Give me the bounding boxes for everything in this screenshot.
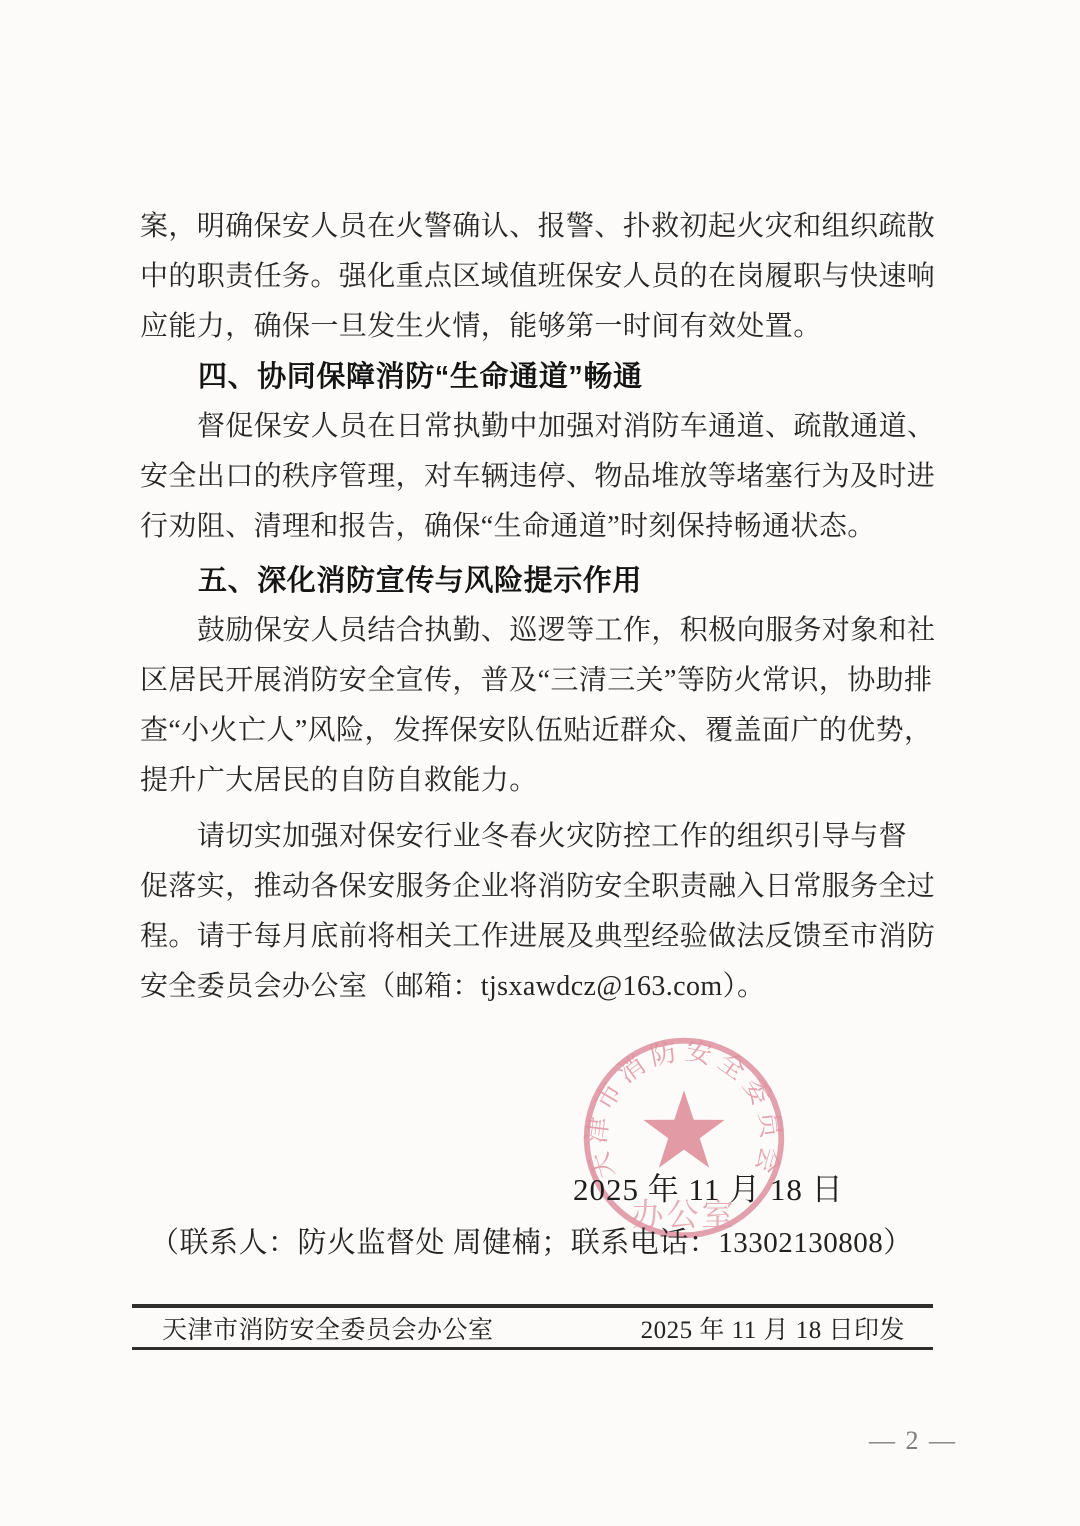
body-line: 提升广大居民的自防自救能力。 bbox=[140, 756, 942, 806]
page-number: — 2 — bbox=[858, 1426, 968, 1456]
body-line: 督促保安人员在日常执勤中加强对消防车通道、疏散通道、 bbox=[140, 402, 942, 452]
seal-star-icon bbox=[643, 1090, 724, 1167]
paragraph: 请切实加强对保安行业冬春火灾防控工作的组织引导与督 促落实，推动各保安服务企业将… bbox=[140, 812, 942, 1012]
body-line: 安全委员会办公室（邮箱：tjsxawdcz@163.com）。 bbox=[140, 962, 942, 1012]
section-heading-4: 四、协同保障消防“生命通道”畅通 bbox=[140, 352, 942, 402]
footer-rule-bottom bbox=[132, 1347, 933, 1350]
contact-info: （联系人：防火监督处 周健楠；联系电话：13302130808） bbox=[150, 1222, 913, 1264]
body-line: 行劝阻、清理和报告，确保“生命通道”时刻保持畅通状态。 bbox=[140, 502, 942, 552]
body-line: 请切实加强对保安行业冬春火灾防控工作的组织引导与督 bbox=[140, 812, 942, 862]
paragraph: 督促保安人员在日常执勤中加强对消防车通道、疏散通道、 安全出口的秩序管理，对车辆… bbox=[140, 402, 942, 552]
body-line: 应能力，确保一旦发生火情，能够第一时间有效处置。 bbox=[140, 302, 942, 352]
body-line: 程。请于每月底前将相关工作进展及典型经验做法反馈至市消防 bbox=[140, 912, 942, 962]
body-line: 促落实，推动各保安服务企业将消防安全职责融入日常服务全过 bbox=[140, 862, 942, 912]
footer-issuance-block: 天津市消防安全委员会办公室 2025 年 11 月 18 日印发 bbox=[132, 1304, 933, 1350]
body-line: 中的职责任务。强化重点区域值班保安人员的在岗履职与快速响 bbox=[140, 252, 942, 302]
issue-date: 2025 年 11 月 18 日 bbox=[573, 1168, 844, 1212]
footer-print-date: 2025 年 11 月 18 日印发 bbox=[641, 1310, 905, 1346]
body-line: 查“小火亡人”风险，发挥保安队伍贴近群众、覆盖面广的优势， bbox=[140, 706, 942, 756]
body-line: 鼓励保安人员结合执勤、巡逻等工作，积极向服务对象和社 bbox=[140, 606, 942, 656]
section-heading-5: 五、深化消防宣传与风险提示作用 bbox=[140, 556, 942, 606]
body-line: 安全出口的秩序管理，对车辆违停、物品堆放等堵塞行为及时进 bbox=[140, 452, 942, 502]
body-line: 案，明确保安人员在火警确认、报警、扑救初起火灾和组织疏散 bbox=[140, 202, 942, 252]
body-line: 区居民开展消防安全宣传，普及“三清三关”等防火常识，协助排 bbox=[140, 656, 942, 706]
paragraph: 案，明确保安人员在火警确认、报警、扑救初起火灾和组织疏散 中的职责任务。强化重点… bbox=[140, 202, 942, 352]
seal-graphic: 天津市消防安全委员会 办公室 bbox=[577, 1031, 791, 1245]
footer-issuer: 天津市消防安全委员会办公室 bbox=[162, 1310, 494, 1346]
document-page: 案，明确保安人员在火警确认、报警、扑救初起火灾和组织疏散 中的职责任务。强化重点… bbox=[0, 0, 1080, 1526]
paragraph: 鼓励保安人员结合执勤、巡逻等工作，积极向服务对象和社 区居民开展消防安全宣传，普… bbox=[140, 606, 942, 806]
footer-row: 天津市消防安全委员会办公室 2025 年 11 月 18 日印发 bbox=[132, 1308, 933, 1347]
official-seal-stamp: 天津市消防安全委员会 办公室 bbox=[577, 1031, 791, 1245]
document-body: 案，明确保安人员在火警确认、报警、扑救初起火灾和组织疏散 中的职责任务。强化重点… bbox=[140, 202, 942, 1012]
